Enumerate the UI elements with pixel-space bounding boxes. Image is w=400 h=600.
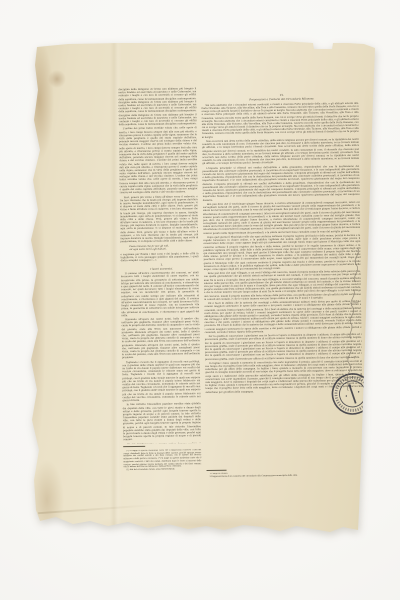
- body-paragraph: Dopo quel giorno il Municipio volle che …: [203, 234, 360, 271]
- verse-line: ed ogni sorte terrà agli italiani.: [129, 247, 198, 251]
- body-paragraph: Ed è fuori di dubbio che la materia dei …: [204, 300, 361, 334]
- quote-paragraph: e seguiamo per Emilia i libri corsi e de…: [120, 252, 198, 263]
- body-paragraph: Per la qualità di concessione i giardini…: [205, 333, 362, 361]
- body-paragraph: Non occorrerà mai detto scritto della pa…: [202, 138, 359, 166]
- body-paragraph: Però, genere più vicino e finito all'alt…: [120, 195, 199, 244]
- printed-content: disciplina della Religione di Cristo non…: [25, 38, 384, 541]
- body-paragraph: Il comune all'antico concentramento dei …: [121, 271, 200, 317]
- handwriting-annotation: [341, 244, 367, 394]
- left-column: disciplina della Religione di Cristo non…: [118, 87, 201, 444]
- paper-sheet: disciplina della Religione di Cristo non…: [28, 40, 380, 538]
- body-paragraph: Ben può dirsi che il venticinque giugno …: [203, 201, 360, 235]
- body-paragraph: Di qui l'ordinamento e quanto antico dun…: [123, 442, 201, 444]
- footnote-rule-right: [207, 470, 227, 471]
- paper-sheet-wrap: disciplina della Religione di Cristo non…: [28, 40, 380, 538]
- body-paragraph: Togliendo i ricordi che li appagano di r…: [122, 360, 201, 403]
- left-footnotes: (*) Si legge in queste medesime carte ch…: [123, 449, 201, 480]
- body-paragraph: Sia noto anzitutto che i circondari este…: [201, 102, 358, 139]
- footnote: (1) Atti del circondario rurale, anno MD…: [124, 468, 202, 472]
- photo-backdrop: disciplina della Religione di Cristo non…: [0, 0, 400, 600]
- body-paragraph: Riunendo all'opera dei nostri notai, bol…: [121, 317, 200, 360]
- right-footnotes: 1 Campi in ottobre. 2 Rappresentanza di …: [207, 471, 364, 482]
- body-paragraph: disciplina della Religione di Cristo non…: [118, 87, 197, 126]
- footnote: (*) Si legge in queste medesime carte ch…: [123, 449, 201, 469]
- verse-quote: Poena innanzi che fa voci gli voli, ed o…: [129, 244, 198, 251]
- footnote-rule-left: [123, 446, 145, 447]
- body-paragraph: L'imposta principale si rifermò nei conf…: [202, 165, 359, 202]
- body-paragraph: Bene può dirsi che ogni villaggio, a cui…: [204, 270, 361, 301]
- body-paragraph: L'ordine dei primi Indici avrebbe voluto…: [119, 127, 198, 195]
- body-paragraph: In tale ristretto l'Assemblea popolare s…: [123, 402, 202, 441]
